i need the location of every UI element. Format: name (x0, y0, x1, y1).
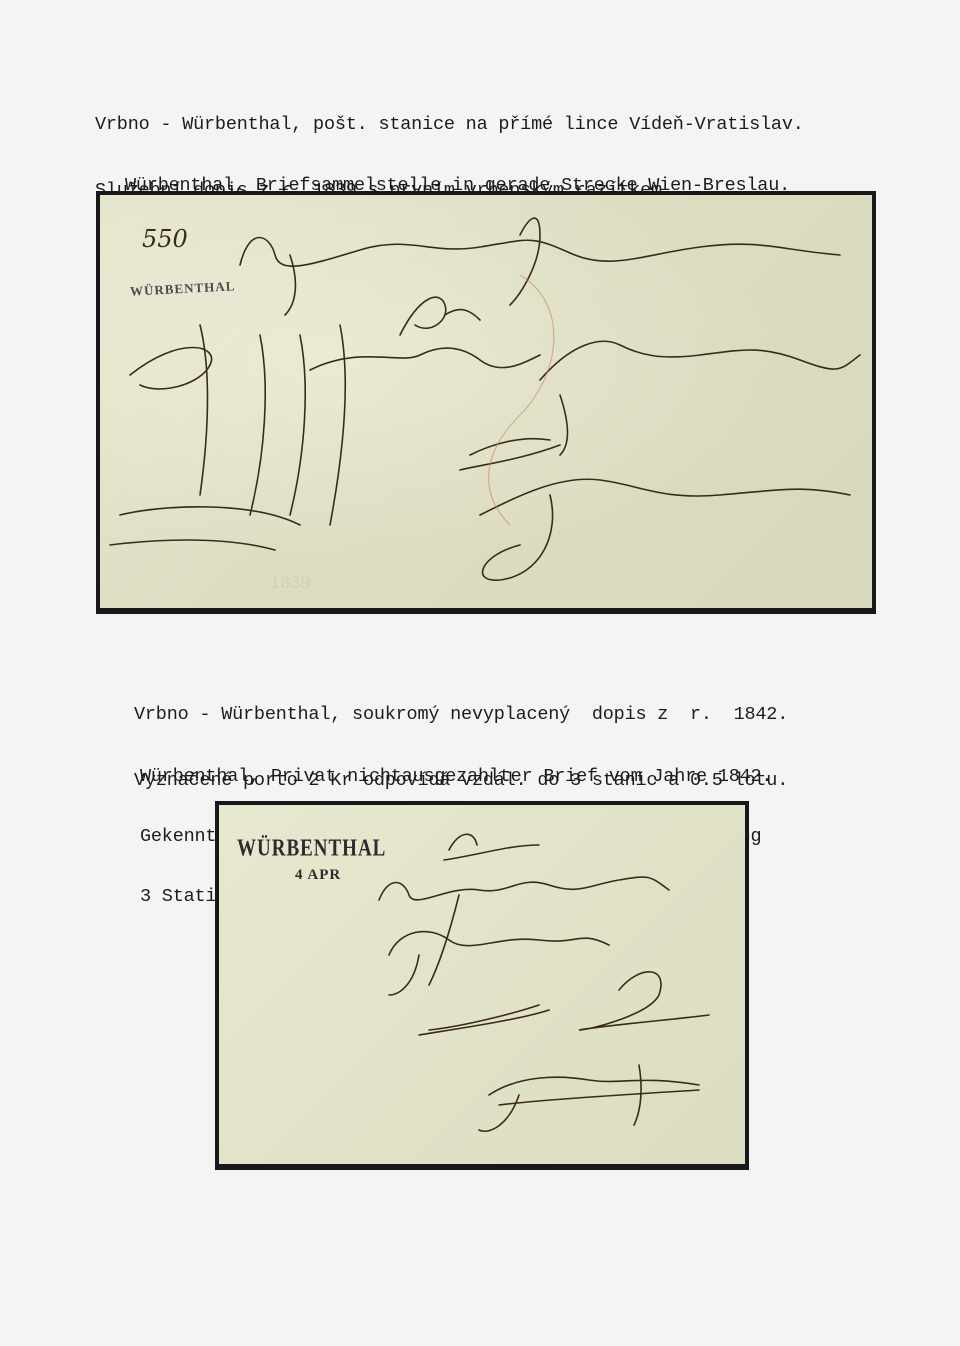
handwriting-1839 (100, 195, 872, 608)
postmark-date: 4 APR (295, 867, 341, 884)
postmark-wurbenthal-1842: WÜRBENTHAL (237, 835, 386, 864)
cover-paper: WÜRBENTHAL 4 APR An Sein Herrn Pächter G… (219, 805, 745, 1164)
cover-1839-image: 550 WÜRBENTHAL An Löblichen Magistrat zu… (96, 191, 876, 614)
embossed-year: 1839 (270, 573, 311, 592)
caption-line: Vrbno - Würbenthal, soukromý nevyplacený… (134, 704, 788, 726)
cover-paper: 550 WÜRBENTHAL An Löblichen Magistrat zu… (100, 195, 872, 608)
caption-line: Würbenthal, Privat nichtausgezahlter Bri… (140, 767, 772, 787)
cover-1842-image: WÜRBENTHAL 4 APR An Sein Herrn Pächter G… (215, 801, 749, 1170)
docket-number: 550 (142, 225, 188, 253)
